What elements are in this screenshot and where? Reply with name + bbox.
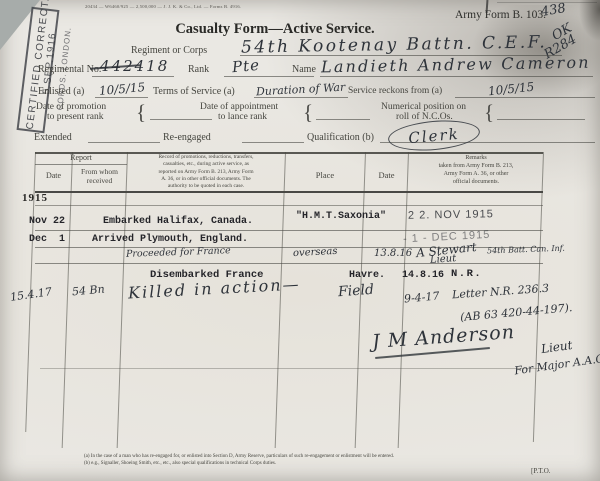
- report-group-header: Report: [35, 153, 127, 162]
- column-header-from-whom: From whom received: [72, 167, 127, 186]
- extended-underline: [88, 142, 160, 143]
- appointment-label-line1: Date of appointment: [200, 102, 278, 112]
- row3-signature-rank: Lieut: [430, 253, 457, 266]
- column-header-remarks: Remarks taken from Army Form B. 213, Arm…: [409, 154, 543, 186]
- qualification-value: Clerk: [408, 124, 461, 146]
- footnote-b: (b) e.g., Signaller, Shoeing Smith, etc.…: [84, 461, 276, 466]
- row2-date: Dec 1: [29, 234, 65, 245]
- promotion-label-line1: Date of promotion: [36, 102, 106, 112]
- service-reckons-label: Service reckons from (a): [348, 86, 442, 96]
- rank-value: Pte: [231, 56, 260, 76]
- extended-label: Extended: [34, 132, 72, 143]
- column-line: [62, 152, 73, 448]
- column-line: [355, 152, 366, 448]
- column-header-place: Place: [285, 170, 365, 180]
- promotion-brace: {: [136, 100, 146, 125]
- terms-of-service-label: Terms of Service (a): [153, 86, 235, 97]
- row3-place: overseas: [293, 246, 338, 259]
- qualification-circled: Clerk: [387, 117, 481, 154]
- table-column-lines: [0, 152, 600, 448]
- appointment-underline: [316, 119, 370, 120]
- regimental-no-label: Regimental No.: [38, 64, 101, 75]
- footnote-a: (a) In the case of a man who has re-enga…: [84, 454, 394, 459]
- regiment-label: Regiment or Corps: [131, 45, 207, 56]
- row1-record: Embarked Halifax, Canada.: [103, 216, 253, 227]
- row1-date: Nov 22: [29, 216, 65, 227]
- terms-value: Duration of War: [256, 81, 346, 99]
- row4-remarks: N.R.: [451, 268, 482, 280]
- column-line: [117, 152, 128, 448]
- rank-label: Rank: [188, 64, 209, 75]
- name-label: Name: [292, 64, 316, 75]
- enlisted-label: Enlisted (a): [38, 86, 84, 97]
- column-header-date2: Date: [365, 170, 408, 180]
- column-header-record: Record of promotions, reductions, transf…: [129, 154, 283, 190]
- column-line: [533, 152, 544, 442]
- enlisted-value: 10/5/15: [98, 80, 145, 98]
- numerical-label-line1: Numerical position on: [381, 102, 466, 112]
- regimental-no-underline: [92, 76, 174, 77]
- column-header-date: Date: [35, 171, 72, 180]
- nov-date-stamp: 2 2. NOV 1915: [408, 208, 494, 221]
- qualification-label: Qualification (b): [307, 132, 374, 143]
- row3-date: 13.8.16: [374, 248, 412, 259]
- row5-place: Field: [337, 282, 374, 300]
- row2-record: Arrived Plymouth, England.: [92, 234, 248, 245]
- row4-place: Havre.: [349, 270, 385, 281]
- promotion-underline: [150, 119, 212, 120]
- promotion-label-line2: to present rank: [47, 112, 103, 122]
- casualty-form-document: 20434 — W6460/925 — 2,500,000 — J. J. K.…: [0, 0, 600, 481]
- army-form-number: Army Form B. 103.: [455, 9, 546, 21]
- numerical-underline: [497, 119, 585, 120]
- printer-imprint: 20434 — W6460/925 — 2,500,000 — J. J. K.…: [85, 4, 241, 9]
- column-line: [275, 152, 286, 448]
- appointment-brace: {: [303, 100, 313, 125]
- pto-label: [P.T.O.: [531, 467, 551, 475]
- row4-date: 14.8.16: [402, 270, 444, 281]
- row1-place-ship: "H.M.T.Saxonia": [296, 211, 386, 222]
- reengaged-underline: [242, 142, 304, 143]
- name-underline: [320, 76, 593, 77]
- year-label: 1915: [22, 192, 48, 204]
- rank-underline: [224, 76, 314, 77]
- appointment-label-line2: to lance rank: [218, 112, 267, 122]
- reckons-underline: [455, 97, 595, 98]
- reengaged-label: Re-engaged: [163, 132, 211, 143]
- numerical-brace: {: [484, 100, 494, 125]
